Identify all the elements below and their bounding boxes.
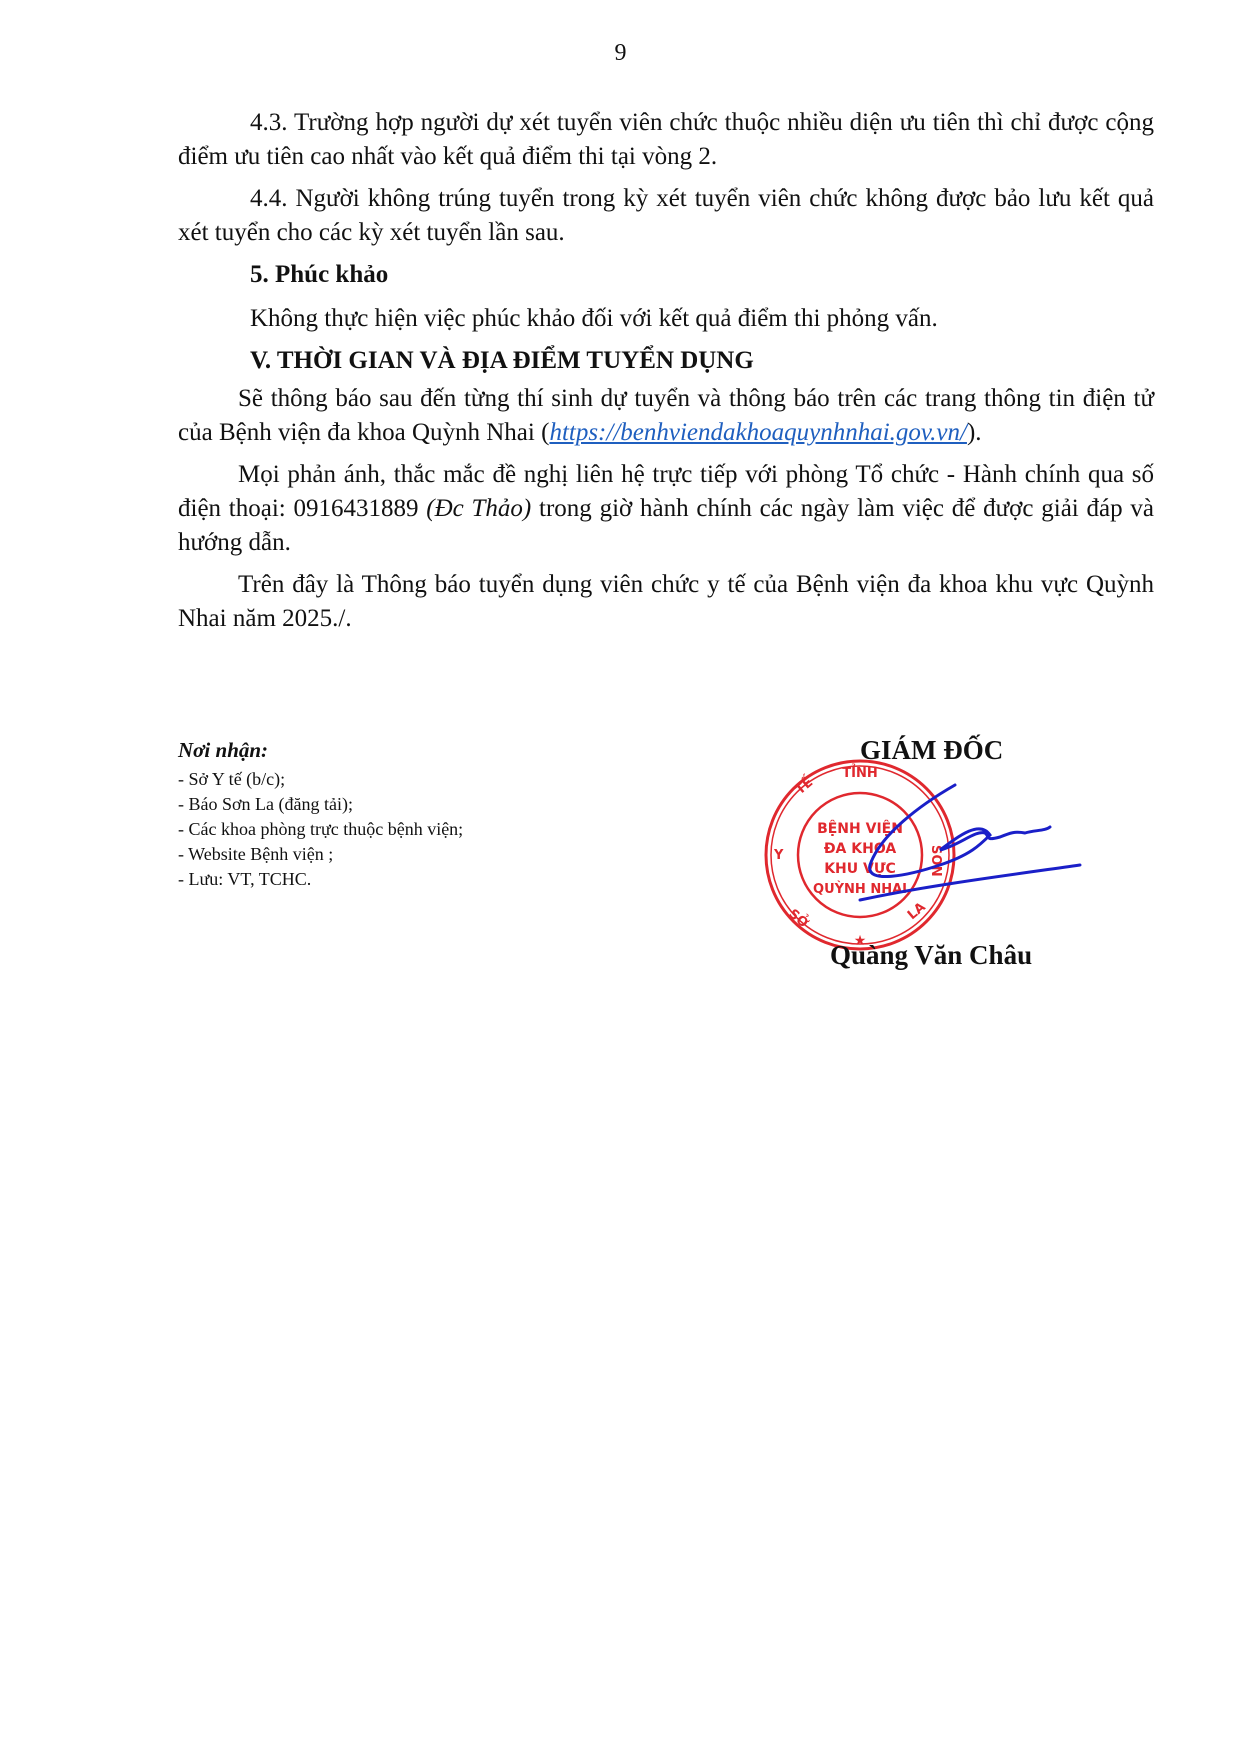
heading-section-v: V. THỜI GIAN VÀ ĐỊA ĐIỂM TUYỂN DỤNG xyxy=(178,344,1154,378)
website-link[interactable]: https://benhviendakhoaquynhnhai.gov.vn/ xyxy=(549,419,967,446)
document-body: 4.3. Trường hợp người dự xét tuyển viên … xyxy=(178,106,1154,636)
svg-text:Y: Y xyxy=(773,848,784,863)
signer-name: Quàng Văn Châu xyxy=(830,940,1032,971)
paragraph-v-3: Trên đây là Thông báo tuyển dụng viên ch… xyxy=(178,568,1154,636)
paragraph-phuc-khao: Không thực hiện việc phúc khảo đối với k… xyxy=(178,302,1154,336)
recipient-item: - Sở Y tế (b/c); xyxy=(178,767,463,792)
recipient-item: - Lưu: VT, TCHC. xyxy=(178,867,463,892)
recipient-item: - Báo Sơn La (đăng tải); xyxy=(178,792,463,817)
recipients-title: Nơi nhận: xyxy=(178,738,463,763)
contact-person: (Đc Thảo) xyxy=(426,495,531,522)
paragraph-4-4: 4.4. Người không trúng tuyển trong kỳ xé… xyxy=(178,182,1154,250)
heading-phuc-khao: 5. Phúc khảo xyxy=(178,258,1154,292)
signer-title: GIÁM ĐỐC xyxy=(860,735,1003,766)
paragraph-v-2: Mọi phản ánh, thắc mắc đề nghị liên hệ t… xyxy=(178,458,1154,560)
recipient-item: - Các khoa phòng trực thuộc bệnh viện; xyxy=(178,817,463,842)
paragraph-v-1-end: ). xyxy=(967,419,982,446)
paragraph-4-3: 4.3. Trường hợp người dự xét tuyển viên … xyxy=(178,106,1154,174)
paragraph-v-1: Sẽ thông báo sau đến từng thí sinh dự tu… xyxy=(178,382,1154,450)
recipients-block: Nơi nhận: - Sở Y tế (b/c); - Báo Sơn La … xyxy=(178,738,463,892)
recipient-item: - Website Bệnh viện ; xyxy=(178,842,463,867)
page-number: 9 xyxy=(0,40,1241,67)
handwritten-signature-icon xyxy=(850,775,1110,915)
